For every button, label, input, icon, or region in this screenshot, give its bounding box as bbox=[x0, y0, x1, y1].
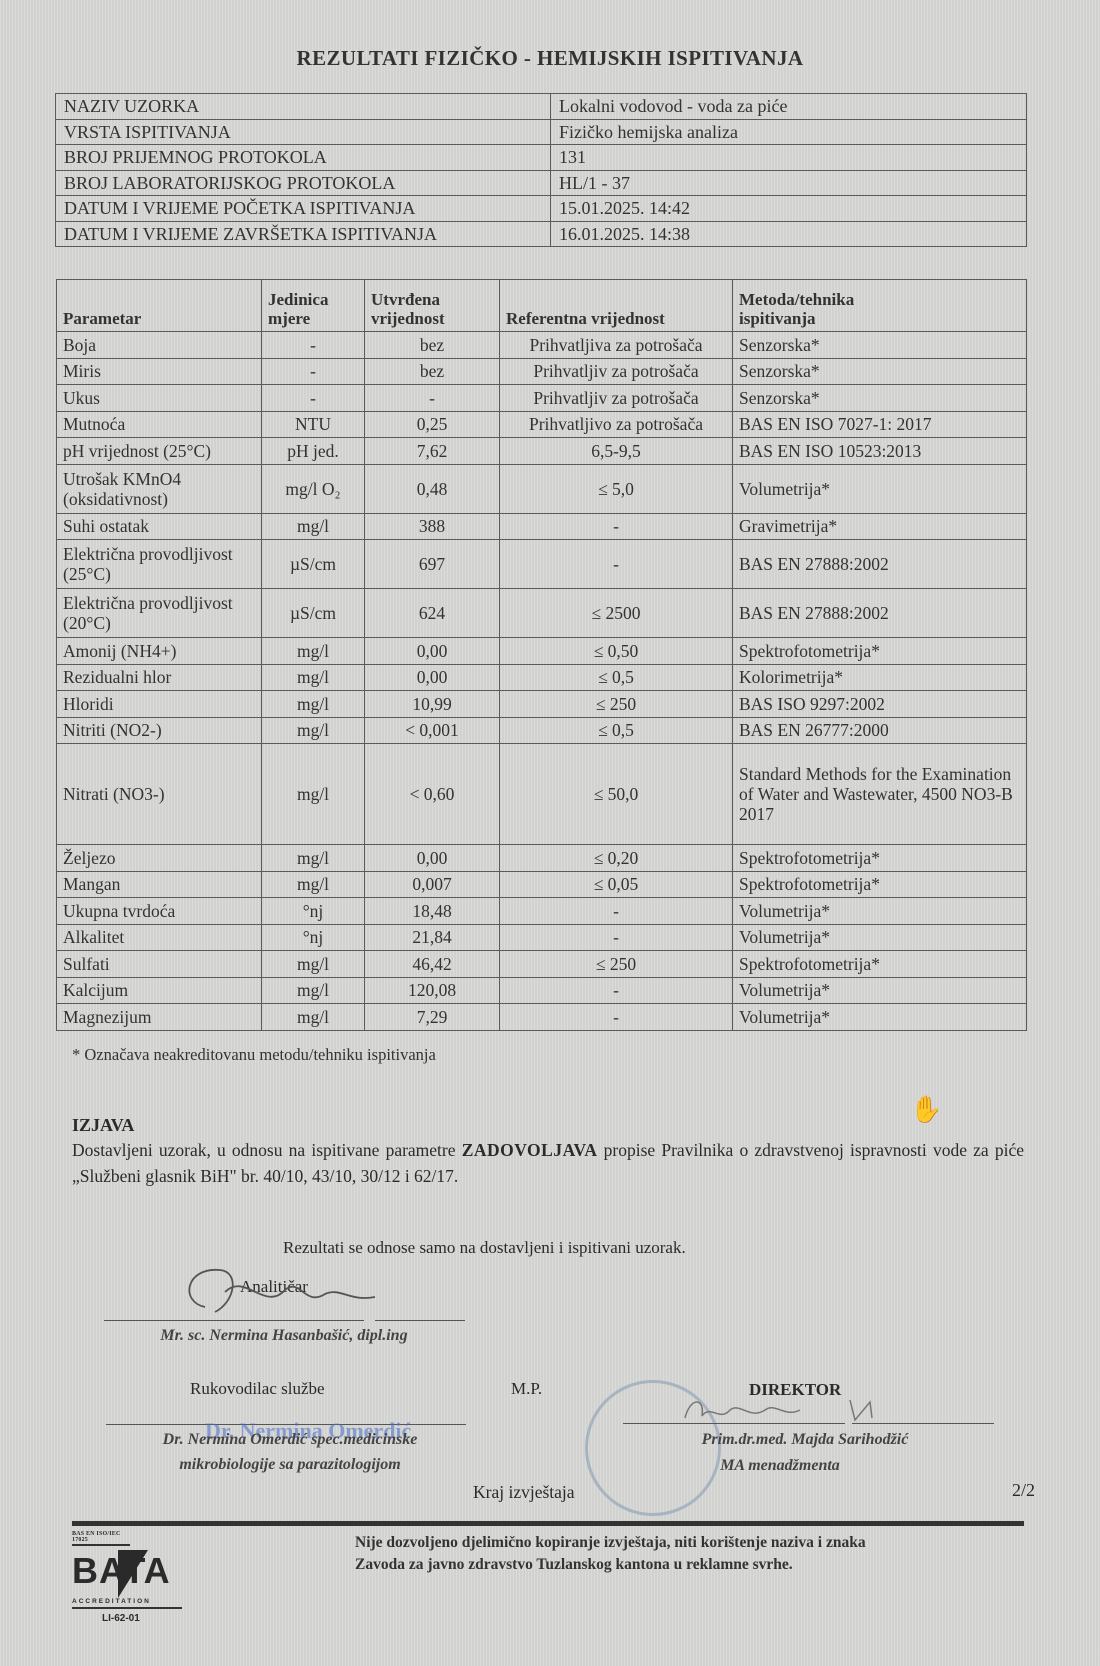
cell-value: < 0,60 bbox=[365, 744, 500, 845]
cell-value: 0,48 bbox=[365, 464, 500, 513]
page-number: 2/2 bbox=[1012, 1480, 1035, 1501]
table-row: Boja - bez Prihvatljiva za potrošača Sen… bbox=[57, 332, 1027, 359]
cell-method: Spektrofotometrija* bbox=[733, 845, 1027, 872]
table-row: Utrošak KMnO4 (oksidativnost) mg/l O₂ 0,… bbox=[57, 464, 1027, 513]
cell-value: 46,42 bbox=[365, 951, 500, 978]
cell-value: 0,00 bbox=[365, 664, 500, 691]
cell-unit: mg/l bbox=[262, 871, 365, 898]
cell-method: BAS EN ISO 7027-1: 2017 bbox=[733, 411, 1027, 438]
cell-parametar: Utrošak KMnO4 (oksidativnost) bbox=[57, 464, 262, 513]
cell-unit: mg/l bbox=[262, 744, 365, 845]
analyst-signature-line bbox=[104, 1320, 364, 1321]
cell-value: bez bbox=[365, 358, 500, 385]
table-row: Nitrati (NO3-) mg/l < 0,60 ≤ 50,0 Standa… bbox=[57, 744, 1027, 845]
cell-value: < 0,001 bbox=[365, 717, 500, 744]
cell-reference: ≤ 250 bbox=[500, 951, 733, 978]
cell-method: BAS EN ISO 10523:2013 bbox=[733, 438, 1027, 465]
cell-parametar: Suhi ostatak bbox=[57, 513, 262, 540]
table-row: Željezo mg/l 0,00 ≤ 0,20 Spektrofotometr… bbox=[57, 845, 1027, 872]
cell-unit: pH jed. bbox=[262, 438, 365, 465]
cell-value: 21,84 bbox=[365, 924, 500, 951]
cell-parametar: Željezo bbox=[57, 845, 262, 872]
cell-unit: mg/l O₂ bbox=[262, 464, 365, 513]
cell-parametar: Hloridi bbox=[57, 691, 262, 718]
footer-divider bbox=[72, 1521, 1024, 1526]
cell-reference: ≤ 0,50 bbox=[500, 638, 733, 665]
analyst-name: Mr. sc. Nermina Hasanbašić, dipl.ing bbox=[104, 1327, 464, 1345]
head-label: Rukovodilac službe bbox=[190, 1379, 325, 1399]
cell-method: Senzorska* bbox=[733, 385, 1027, 412]
table-row: Alkalitet °nj 21,84 - Volumetrija* bbox=[57, 924, 1027, 951]
cell-method: BAS EN 26777:2000 bbox=[733, 717, 1027, 744]
end-of-report: Kraj izvještaja bbox=[473, 1482, 575, 1503]
logo-triangle-icon bbox=[118, 1550, 148, 1598]
cell-parametar: Kalcijum bbox=[57, 977, 262, 1004]
cell-unit: mg/l bbox=[262, 664, 365, 691]
header-parametar: Parametar bbox=[57, 280, 262, 332]
table-row: Ukupna tvrdoća °nj 18,48 - Volumetrija* bbox=[57, 898, 1027, 925]
cell-parametar: Nitrati (NO3-) bbox=[57, 744, 262, 845]
cell-parametar: Alkalitet bbox=[57, 924, 262, 951]
director-signature-line bbox=[623, 1423, 845, 1424]
table-row: Amonij (NH4+) mg/l 0,00 ≤ 0,50 Spektrofo… bbox=[57, 638, 1027, 665]
cell-parametar: Amonij (NH4+) bbox=[57, 638, 262, 665]
cell-value: 697 bbox=[365, 540, 500, 589]
cell-parametar: Sulfati bbox=[57, 951, 262, 978]
cell-parametar: Ukus bbox=[57, 385, 262, 412]
info-value: Lokalni vodovod - voda za piće bbox=[551, 94, 1027, 120]
cell-reference: 6,5-9,5 bbox=[500, 438, 733, 465]
info-label: DATUM I VRIJEME ZAVRŠETKA ISPITIVANJA bbox=[56, 221, 551, 247]
cell-value: 0,00 bbox=[365, 638, 500, 665]
cell-value: bez bbox=[365, 332, 500, 359]
cell-reference: ≤ 0,05 bbox=[500, 871, 733, 898]
cell-method: BAS EN 27888:2002 bbox=[733, 540, 1027, 589]
copy-disclaimer: Nije dozvoljeno djelimično kopiranje izv… bbox=[355, 1532, 866, 1576]
info-value: HL/1 - 37 bbox=[551, 170, 1027, 196]
cell-reference: ≤ 0,5 bbox=[500, 664, 733, 691]
cell-reference: Prihvatljiv za potrošača bbox=[500, 385, 733, 412]
cell-parametar: Električna provodljivost (25°C) bbox=[57, 540, 262, 589]
cell-unit: mg/l bbox=[262, 638, 365, 665]
table-row: Sulfati mg/l 46,42 ≤ 250 Spektrofotometr… bbox=[57, 951, 1027, 978]
table-row: Hloridi mg/l 10,99 ≤ 250 BAS ISO 9297:20… bbox=[57, 691, 1027, 718]
cell-method: Spektrofotometrija* bbox=[733, 871, 1027, 898]
header-referentna: Referentna vrijednost bbox=[500, 280, 733, 332]
cell-unit: µS/cm bbox=[262, 540, 365, 589]
cell-unit: mg/l bbox=[262, 845, 365, 872]
info-value: 16.01.2025. 14:38 bbox=[551, 221, 1027, 247]
results-header-row: Parametar Jedinicamjere Utvrđenavrijedno… bbox=[57, 280, 1027, 332]
cell-reference: Prihvatljivo za potrošača bbox=[500, 411, 733, 438]
accreditation-standard: BAS EN ISO/IEC 17025 bbox=[72, 1531, 130, 1546]
analyst-signature bbox=[175, 1262, 405, 1322]
cell-unit: - bbox=[262, 358, 365, 385]
cell-method: Gravimetrija* bbox=[733, 513, 1027, 540]
cell-unit: - bbox=[262, 385, 365, 412]
cell-method: BAS ISO 9297:2002 bbox=[733, 691, 1027, 718]
director-name-line1: Prim.dr.med. Majda Sarihodžić bbox=[640, 1431, 970, 1449]
table-row: Mutnoća NTU 0,25 Prihvatljivo za potroša… bbox=[57, 411, 1027, 438]
info-row: DATUM I VRIJEME ZAVRŠETKA ISPITIVANJA 16… bbox=[56, 221, 1027, 247]
cell-reference: Prihvatljiva za potrošača bbox=[500, 332, 733, 359]
info-label: DATUM I VRIJEME POČETKA ISPITIVANJA bbox=[56, 196, 551, 222]
table-row: Mangan mg/l 0,007 ≤ 0,05 Spektrofotometr… bbox=[57, 871, 1027, 898]
cell-unit: °nj bbox=[262, 898, 365, 925]
cell-method: Spektrofotometrija* bbox=[733, 638, 1027, 665]
cell-method: Standard Methods for the Examination of … bbox=[733, 744, 1027, 845]
cell-method: BAS EN 27888:2002 bbox=[733, 589, 1027, 638]
report-page: REZULTATI FIZIČKO - HEMIJSKIH ISPITIVANJ… bbox=[0, 0, 1100, 1666]
cell-method: Kolorimetrija* bbox=[733, 664, 1027, 691]
accreditation-logo: BAS EN ISO/IEC 17025 BATA ACCREDITATION … bbox=[72, 1531, 192, 1624]
hand-cursor-icon: ✋ bbox=[910, 1095, 942, 1125]
info-row: DATUM I VRIJEME POČETKA ISPITIVANJA 15.0… bbox=[56, 196, 1027, 222]
cell-reference: - bbox=[500, 1004, 733, 1031]
cell-reference: ≤ 250 bbox=[500, 691, 733, 718]
cell-unit: µS/cm bbox=[262, 589, 365, 638]
table-row: Električna provodljivost (25°C) µS/cm 69… bbox=[57, 540, 1027, 589]
info-value: Fizičko hemijska analiza bbox=[551, 119, 1027, 145]
cell-value: 388 bbox=[365, 513, 500, 540]
results-table: Parametar Jedinicamjere Utvrđenavrijedno… bbox=[56, 279, 1027, 1031]
cell-value: 7,62 bbox=[365, 438, 500, 465]
cell-unit: mg/l bbox=[262, 513, 365, 540]
cell-reference: - bbox=[500, 513, 733, 540]
cell-parametar: Električna provodljivost (20°C) bbox=[57, 589, 262, 638]
cell-parametar: Magnezijum bbox=[57, 1004, 262, 1031]
table-row: pH vrijednost (25°C) pH jed. 7,62 6,5-9,… bbox=[57, 438, 1027, 465]
bata-mark: BATA bbox=[72, 1550, 192, 1592]
footnote: * Označava neakreditovanu metodu/tehniku… bbox=[72, 1045, 436, 1065]
cell-value: 7,29 bbox=[365, 1004, 500, 1031]
head-name-line2: mikrobiologije sa parazitologijom bbox=[90, 1456, 490, 1474]
cell-reference: - bbox=[500, 977, 733, 1004]
izjava-heading: IZJAVA bbox=[72, 1115, 134, 1136]
cell-parametar: Mangan bbox=[57, 871, 262, 898]
info-value: 131 bbox=[551, 145, 1027, 171]
cell-reference: - bbox=[500, 924, 733, 951]
info-value: 15.01.2025. 14:42 bbox=[551, 196, 1027, 222]
cell-unit: NTU bbox=[262, 411, 365, 438]
results-note: Rezultati se odnose samo na dostavljeni … bbox=[283, 1238, 686, 1258]
cell-reference: ≤ 0,20 bbox=[500, 845, 733, 872]
header-jedinica: Jedinicamjere bbox=[262, 280, 365, 332]
cell-reference: - bbox=[500, 898, 733, 925]
sample-info-table: NAZIV UZORKA Lokalni vodovod - voda za p… bbox=[55, 93, 1027, 247]
head-name-line1: Dr. Nermina Omerdić spec.medicinske bbox=[90, 1431, 490, 1449]
cell-value: 0,007 bbox=[365, 871, 500, 898]
info-label: BROJ PRIJEMNOG PROTOKOLA bbox=[56, 145, 551, 171]
analyst-signature-line-ext bbox=[375, 1320, 465, 1321]
accreditation-code: LI-62-01 bbox=[72, 1613, 192, 1624]
report-title: REZULTATI FIZIČKO - HEMIJSKIH ISPITIVANJ… bbox=[0, 46, 1100, 71]
cell-value: 624 bbox=[365, 589, 500, 638]
cell-reference: ≤ 5,0 bbox=[500, 464, 733, 513]
info-label: NAZIV UZORKA bbox=[56, 94, 551, 120]
director-signature-line-ext bbox=[852, 1423, 994, 1424]
info-row: BROJ PRIJEMNOG PROTOKOLA 131 bbox=[56, 145, 1027, 171]
info-label: VRSTA ISPITIVANJA bbox=[56, 119, 551, 145]
table-row: Magnezijum mg/l 7,29 - Volumetrija* bbox=[57, 1004, 1027, 1031]
cell-parametar: Rezidualni hlor bbox=[57, 664, 262, 691]
table-row: Miris - bez Prihvatljiv za potrošača Sen… bbox=[57, 358, 1027, 385]
cell-parametar: Nitriti (NO2-) bbox=[57, 717, 262, 744]
izjava-text: Dostavljeni uzorak, u odnosu na ispitiva… bbox=[72, 1137, 1024, 1189]
cell-reference: ≤ 0,5 bbox=[500, 717, 733, 744]
table-row: Rezidualni hlor mg/l 0,00 ≤ 0,5 Kolorime… bbox=[57, 664, 1027, 691]
cell-value: 18,48 bbox=[365, 898, 500, 925]
table-row: Ukus - - Prihvatljiv za potrošača Senzor… bbox=[57, 385, 1027, 412]
table-row: Suhi ostatak mg/l 388 - Gravimetrija* bbox=[57, 513, 1027, 540]
cell-reference: Prihvatljiv za potrošača bbox=[500, 358, 733, 385]
cell-reference: ≤ 2500 bbox=[500, 589, 733, 638]
cell-value: 120,08 bbox=[365, 977, 500, 1004]
cell-unit: mg/l bbox=[262, 951, 365, 978]
cell-method: Volumetrija* bbox=[733, 464, 1027, 513]
cell-unit: mg/l bbox=[262, 1004, 365, 1031]
cell-method: Volumetrija* bbox=[733, 1004, 1027, 1031]
cell-method: Senzorska* bbox=[733, 358, 1027, 385]
table-row: Kalcijum mg/l 120,08 - Volumetrija* bbox=[57, 977, 1027, 1004]
cell-value: 0,00 bbox=[365, 845, 500, 872]
cell-value: 10,99 bbox=[365, 691, 500, 718]
cell-unit: mg/l bbox=[262, 691, 365, 718]
cell-parametar: Miris bbox=[57, 358, 262, 385]
cell-parametar: Mutnoća bbox=[57, 411, 262, 438]
cell-unit: mg/l bbox=[262, 977, 365, 1004]
cell-unit: - bbox=[262, 332, 365, 359]
cell-unit: °nj bbox=[262, 924, 365, 951]
cell-reference: ≤ 50,0 bbox=[500, 744, 733, 845]
cell-method: Senzorska* bbox=[733, 332, 1027, 359]
cell-reference: - bbox=[500, 540, 733, 589]
info-row: VRSTA ISPITIVANJA Fizičko hemijska anali… bbox=[56, 119, 1027, 145]
cell-method: Volumetrija* bbox=[733, 977, 1027, 1004]
header-utvrdena: Utvrđenavrijednost bbox=[365, 280, 500, 332]
cell-value: - bbox=[365, 385, 500, 412]
info-label: BROJ LABORATORIJSKOG PROTOKOLA bbox=[56, 170, 551, 196]
cell-method: Volumetrija* bbox=[733, 924, 1027, 951]
header-metoda: Metoda/tehnikaispitivanja bbox=[733, 280, 1027, 332]
table-row: Električna provodljivost (20°C) µS/cm 62… bbox=[57, 589, 1027, 638]
info-row: BROJ LABORATORIJSKOG PROTOKOLA HL/1 - 37 bbox=[56, 170, 1027, 196]
cell-method: Volumetrija* bbox=[733, 898, 1027, 925]
cell-unit: mg/l bbox=[262, 717, 365, 744]
cell-method: Spektrofotometrija* bbox=[733, 951, 1027, 978]
cell-parametar: pH vrijednost (25°C) bbox=[57, 438, 262, 465]
table-row: Nitriti (NO2-) mg/l < 0,001 ≤ 0,5 BAS EN… bbox=[57, 717, 1027, 744]
cell-value: 0,25 bbox=[365, 411, 500, 438]
mp-label: M.P. bbox=[511, 1379, 542, 1399]
cell-parametar: Boja bbox=[57, 332, 262, 359]
cell-parametar: Ukupna tvrdoća bbox=[57, 898, 262, 925]
director-name-line2: MA menadžmenta bbox=[640, 1457, 920, 1475]
verdict: ZADOVOLJAVA bbox=[462, 1140, 598, 1160]
info-row: NAZIV UZORKA Lokalni vodovod - voda za p… bbox=[56, 94, 1027, 120]
